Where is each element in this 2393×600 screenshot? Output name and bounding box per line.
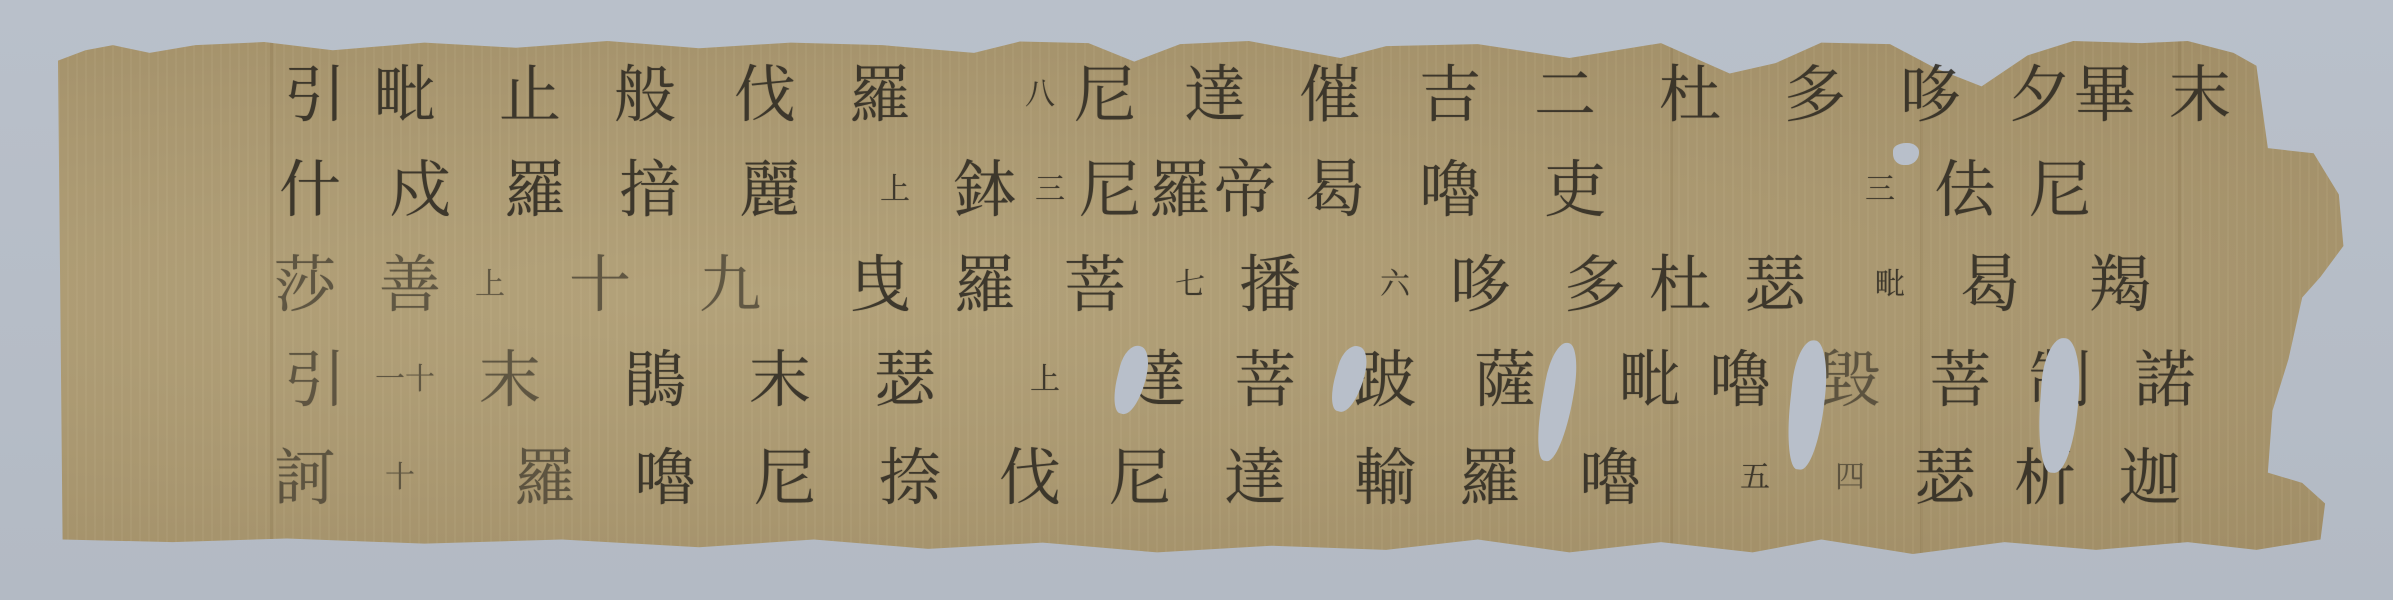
- manuscript-character: 揞: [619, 159, 681, 221]
- manuscript-character: 末: [479, 349, 541, 411]
- manuscript-character: 輸: [1354, 447, 1416, 509]
- manuscript-character: 達: [1184, 64, 1246, 126]
- paper-fold-line: [270, 40, 273, 555]
- manuscript-character: 羅: [1459, 447, 1521, 509]
- manuscript-character: 伐: [734, 64, 796, 126]
- manuscript-character: 一十: [375, 365, 435, 395]
- manuscript-character: 嚕: [1709, 349, 1771, 411]
- manuscript-character: 鵑: [624, 349, 686, 411]
- manuscript-character: 尼: [2029, 159, 2091, 221]
- manuscript-character: 哆: [1899, 64, 1961, 126]
- manuscript-character: 曳: [849, 254, 911, 316]
- manuscript-character: 菩: [1064, 254, 1126, 316]
- manuscript-character: 引: [284, 64, 346, 126]
- manuscript-character: 杜: [1659, 64, 1721, 126]
- manuscript-character: 九: [699, 254, 761, 316]
- manuscript-character: 羅: [1149, 159, 1211, 221]
- manuscript-character: 杜: [1649, 254, 1711, 316]
- manuscript-character: 羅: [514, 447, 576, 509]
- manuscript-character: 催: [1299, 64, 1361, 126]
- manuscript-character: 佉: [1934, 159, 1996, 221]
- manuscript-character: 訶: [274, 447, 336, 509]
- manuscript-character: 十: [569, 254, 631, 316]
- manuscript-character: 瑟: [1914, 447, 1976, 509]
- manuscript-character: 尼: [754, 447, 816, 509]
- manuscript-character: 四: [1835, 463, 1865, 493]
- manuscript-character: 毗: [1875, 270, 1905, 300]
- manuscript-character: 二: [1534, 64, 1596, 126]
- manuscript-character: 六: [1380, 270, 1410, 300]
- manuscript-character: 上: [880, 175, 910, 205]
- manuscript-character: 三: [1865, 175, 1895, 205]
- manuscript-character: 止: [499, 64, 561, 126]
- manuscript-character: 上: [1030, 365, 1060, 395]
- manuscript-character: 伐: [999, 447, 1061, 509]
- manuscript-character: 羅: [849, 64, 911, 126]
- manuscript-character: 吏: [1544, 159, 1606, 221]
- manuscript-character: 麗: [739, 159, 801, 221]
- manuscript-character: 達: [1224, 447, 1286, 509]
- manuscript-character: 諾: [2134, 349, 2196, 411]
- manuscript-character: 播: [1239, 254, 1301, 316]
- manuscript-character: 戍: [389, 159, 451, 221]
- manuscript-character: 薩: [1474, 349, 1536, 411]
- manuscript-character: 羯: [2089, 254, 2151, 316]
- manuscript-character: 尼: [1079, 159, 1141, 221]
- manuscript-character: 尼: [1074, 64, 1136, 126]
- manuscript-character: 般: [614, 64, 676, 126]
- manuscript-character: 瑟: [1744, 254, 1806, 316]
- manuscript-character: 末: [2169, 64, 2231, 126]
- manuscript-character: 善: [379, 254, 441, 316]
- manuscript-character: 三: [1035, 175, 1065, 205]
- manuscript-character: 嚕: [1579, 447, 1641, 509]
- manuscript-character: 哆: [1449, 254, 1511, 316]
- manuscript-character: 末: [749, 349, 811, 411]
- manuscript-character: 七: [1175, 270, 1205, 300]
- manuscript-character: 瑟: [874, 349, 936, 411]
- manuscript-character: 曷: [1304, 159, 1366, 221]
- manuscript-character: 毀: [1819, 349, 1881, 411]
- manuscript-character: 上: [475, 270, 505, 300]
- manuscript-character: 尼: [1109, 447, 1171, 509]
- manuscript-character: 曷: [1959, 254, 2021, 316]
- manuscript-character: 五: [1740, 463, 1770, 493]
- manuscript-character: 夕: [2009, 64, 2071, 126]
- manuscript-character: 嚕: [1419, 159, 1481, 221]
- manuscript-character: 什: [279, 159, 341, 221]
- manuscript-character: 捺: [879, 447, 941, 509]
- manuscript-character: 菩: [1234, 349, 1296, 411]
- photo-background: 引毗止般伐羅八尼達催吉二杜多哆夕畢末什戍羅揞麗上鉢三尼羅帝曷嚕吏三佉尼莎善上十九…: [0, 0, 2393, 600]
- manuscript-character: 迦: [2119, 447, 2181, 509]
- manuscript-character: 多: [1784, 64, 1846, 126]
- manuscript-character: 八: [1025, 80, 1055, 110]
- manuscript-character: 十: [385, 463, 415, 493]
- manuscript-character: 毗: [374, 64, 436, 126]
- manuscript-character: 菩: [1929, 349, 1991, 411]
- manuscript-character: 毗: [1619, 349, 1681, 411]
- manuscript-character: 多: [1564, 254, 1626, 316]
- manuscript-character: 羅: [954, 254, 1016, 316]
- manuscript-character: 羅: [504, 159, 566, 221]
- manuscript-character: 嚕: [634, 447, 696, 509]
- manuscript-character: 鉢: [954, 159, 1016, 221]
- manuscript-character: 畢: [2074, 64, 2136, 126]
- manuscript-character: 引: [284, 349, 346, 411]
- manuscript-character: 吉: [1419, 64, 1481, 126]
- manuscript-character: 莎: [274, 254, 336, 316]
- manuscript-character: 帝: [1214, 159, 1276, 221]
